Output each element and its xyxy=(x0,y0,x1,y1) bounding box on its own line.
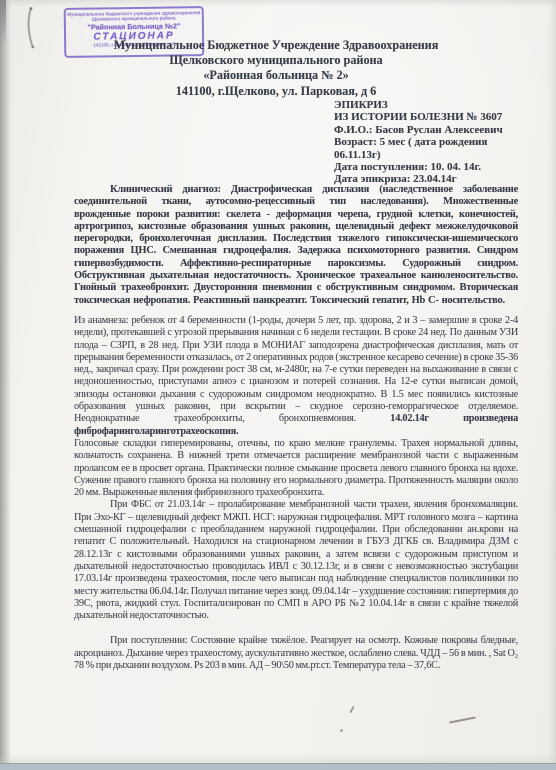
fbs-history-paragraph: При ФБС от 21.03.14г – пролабирование ме… xyxy=(74,499,518,622)
patient-name: Ф.И.О.: Басов Руслан Алексеевич xyxy=(334,124,549,136)
case-history-number: ИЗ ИСТОРИИ БОЛЕЗНИ № 3607 xyxy=(334,111,549,123)
admission-status-paragraph: При поступлении: Состояние крайне тяжёло… xyxy=(74,635,518,672)
organization-header: Муниципальное Бюджетное Учреждение Здрав… xyxy=(38,38,514,99)
document-body: Клинический диагноз: Диастрофическая дис… xyxy=(74,184,518,672)
org-address: 141100, г.Щелково, ул. Парковая, д 6 xyxy=(38,84,514,99)
scan-edge-bottom-band xyxy=(0,763,556,770)
document-title: ЭПИКРИЗ xyxy=(334,99,549,111)
pen-mark-dash xyxy=(449,716,476,723)
scan-edge-left-dark-corner xyxy=(0,0,6,46)
scanned-document-page: Муниципального бюджетного учреждения здр… xyxy=(0,0,556,770)
epicrisis-header-block: ЭПИКРИЗ ИЗ ИСТОРИИ БОЛЕЗНИ № 3607 Ф.И.О.… xyxy=(334,99,549,186)
org-name-line2: Щелковского муниципального района xyxy=(38,53,514,68)
scan-bottom-shadow xyxy=(0,753,556,763)
clinical-diagnosis-paragraph: Клинический диагноз: Диастрофическая дис… xyxy=(74,184,518,307)
anamnesis-paragraph: Из анамнеза: ребенок от 4 беременности (… xyxy=(74,315,518,438)
pen-mark-dot xyxy=(340,729,343,732)
patient-age-line1: Возраст: 5 мес ( дата рождения xyxy=(334,136,549,148)
org-name-line1: Муниципальное Бюджетное Учреждение Здрав… xyxy=(38,38,514,53)
anamnesis-text: Из анамнеза: ребенок от 4 беременности (… xyxy=(74,315,518,424)
pen-mark-small-tick xyxy=(349,706,354,713)
admission-date: Дата поступления: 10. 04. 14г. xyxy=(334,161,549,173)
patient-age-line2: 06.11.13г) xyxy=(334,149,549,161)
org-name-line3: «Районная больница № 2» xyxy=(38,68,514,83)
tracheoscopy-findings-paragraph: Голосовые складки гиперемированы, отечны… xyxy=(74,438,518,499)
scan-edge-left xyxy=(0,0,11,770)
